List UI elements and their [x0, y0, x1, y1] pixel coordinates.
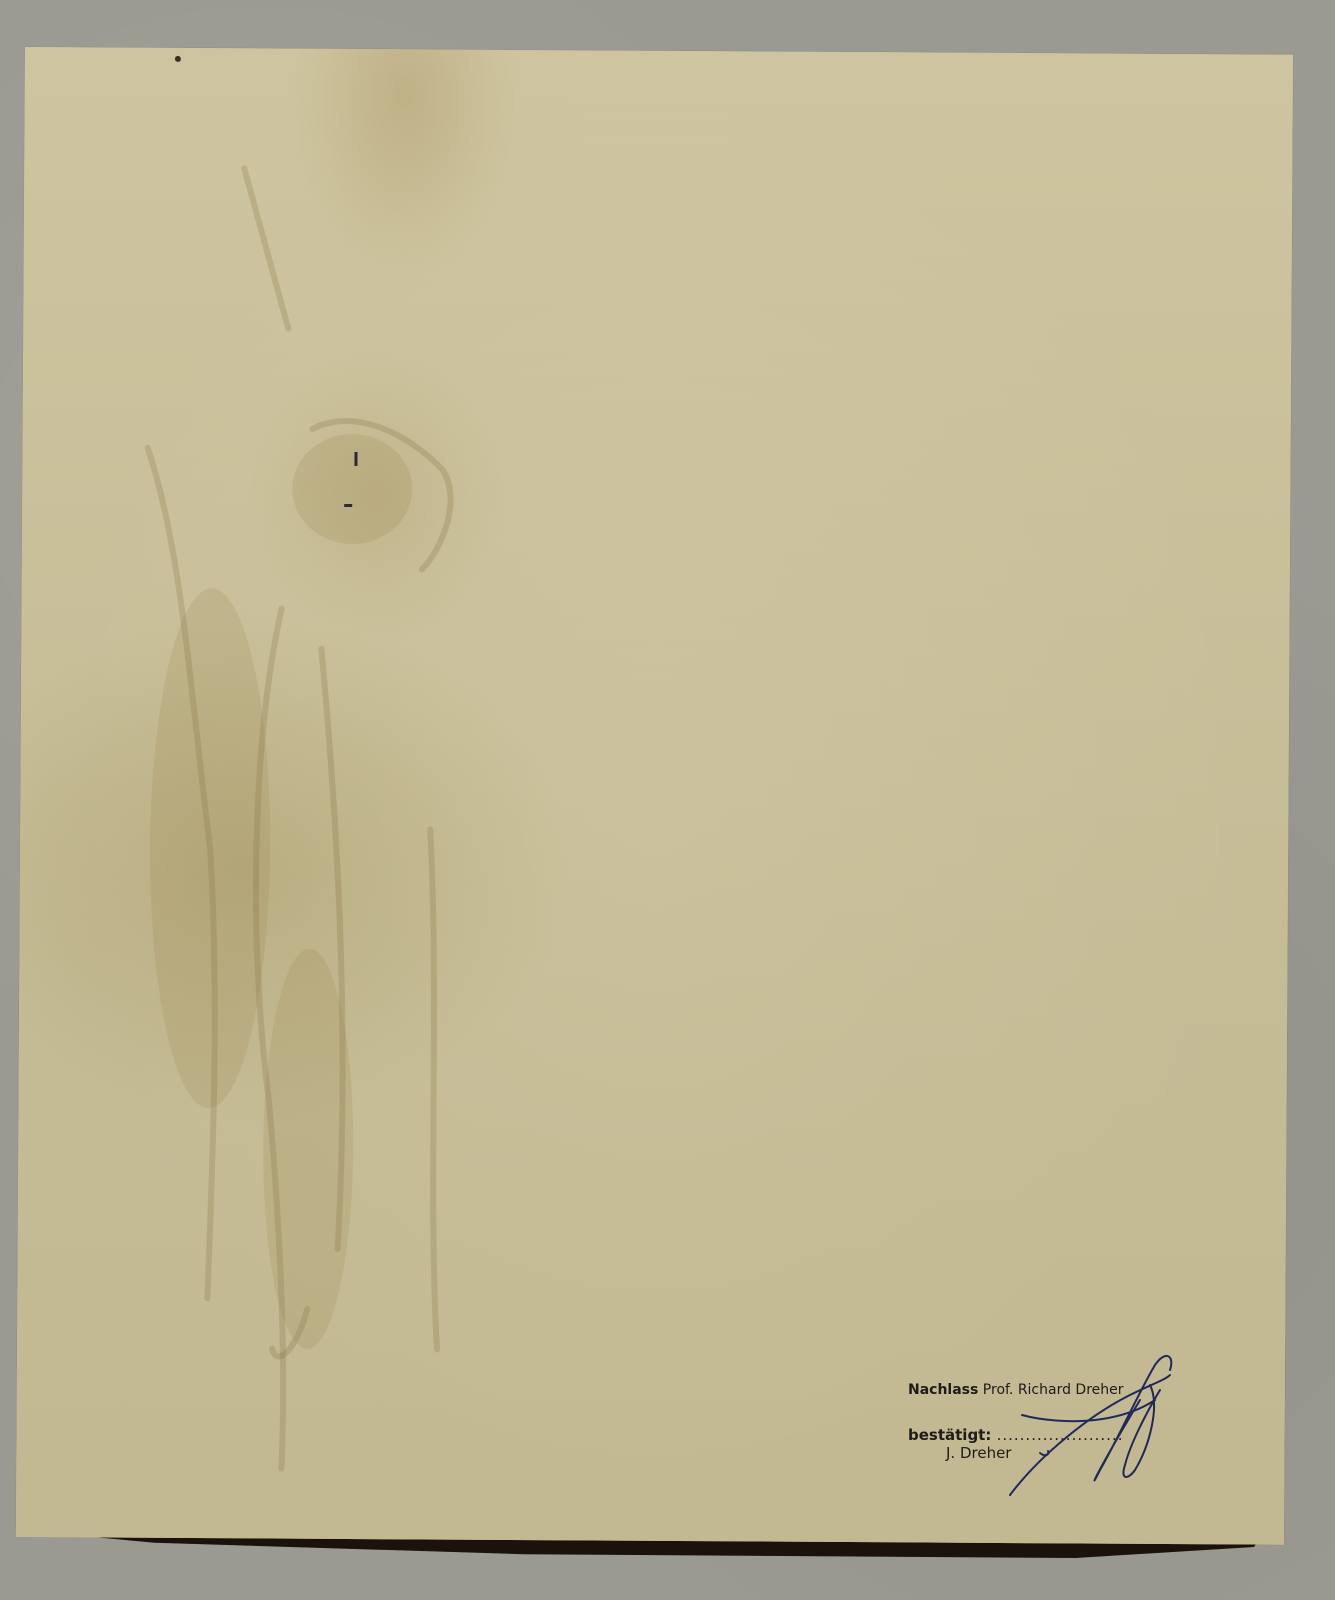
signer-name: J. Dreher — [946, 1444, 1011, 1462]
signature-line: ...................... — [997, 1426, 1124, 1444]
estate-label: Nachlass — [908, 1382, 978, 1398]
confirmation-label: bestätigt: — [908, 1426, 991, 1444]
faint-sketch-showthrough — [16, 47, 1293, 1545]
paper-sheet — [16, 47, 1293, 1545]
confirmation-line: bestätigt: ...................... — [908, 1426, 1124, 1444]
estate-line: Nachlass Prof. Richard Dreher — [908, 1382, 1124, 1398]
ink-spot — [175, 56, 181, 62]
estate-owner: Prof. Richard Dreher — [983, 1382, 1124, 1398]
estate-stamp: Nachlass Prof. Richard Dreher bestätigt:… — [908, 1382, 1208, 1482]
